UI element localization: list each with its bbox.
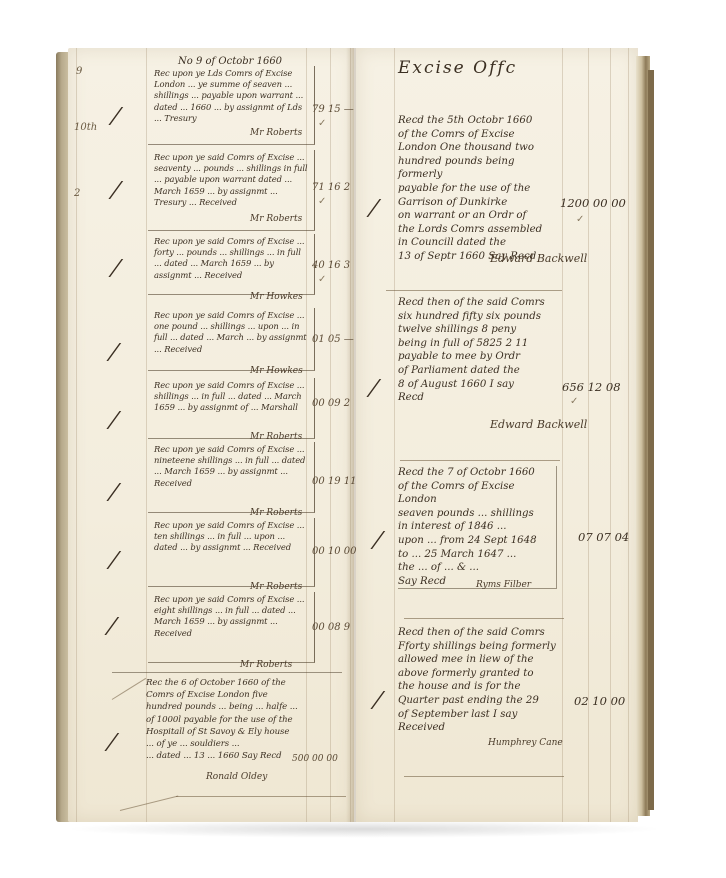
torn-page-edge — [648, 70, 654, 810]
margin-number: 2 — [74, 188, 80, 199]
entry-signature: Ryms Filber — [476, 580, 531, 590]
check-mark-icon: ✓ — [318, 274, 326, 285]
entry-line: Garrison of Dunkirke — [398, 196, 558, 210]
entry-signature: Ronald Oldey — [206, 772, 267, 782]
entry-line: hundred pounds ... being ... halfe ... — [146, 701, 342, 713]
entry-amount: 01 05 — — [312, 334, 354, 345]
margin-number: 9 — [76, 66, 82, 77]
entry-signature: Mr Roberts — [250, 128, 302, 138]
book-shadow — [64, 820, 664, 838]
entry-line: Hospitall of St Savoy & Ely house — [146, 726, 342, 738]
entry-line: London One thousand two — [398, 141, 558, 155]
entry-rule — [176, 796, 346, 797]
entry-signature: Mr Roberts — [250, 214, 302, 224]
entry-line: being in full of 5825 2 11 — [398, 337, 558, 351]
entry-line: in interest of 1846 ... — [398, 520, 550, 534]
entry-line: twelve shillings 8 peny — [398, 323, 558, 337]
entry-line: the Lords Comrs assembled — [398, 223, 558, 237]
entry-rule — [404, 618, 564, 619]
entry-text: Rec upon ye said Comrs of Excise ... shi… — [154, 380, 304, 412]
entry-signature: Mr Roberts — [250, 582, 302, 592]
entry-text: Rec upon ye Lds Comrs of Excise London .… — [154, 68, 303, 123]
entry-rule — [386, 290, 562, 291]
entry-line: Recd then of the said Comrs — [398, 296, 558, 310]
entry-line: 8 of August 1660 I say — [398, 378, 558, 392]
entry-signature: Mr Roberts — [250, 432, 302, 442]
entry-line: upon ... from 24 Sept 1648 — [398, 534, 550, 548]
ledger-entry: Rec upon ye said Comrs of Excise ... one… — [148, 308, 315, 371]
entry-signature: Edward Backwell — [490, 252, 587, 265]
entry-line: Received — [398, 721, 558, 735]
margin-number: 10th — [74, 122, 97, 133]
entry-text: Rec upon ye said Comrs of Excise ... nin… — [154, 444, 305, 488]
entry-text: Rec upon ye said Comrs of Excise ... ten… — [154, 520, 304, 552]
column-rule — [562, 48, 563, 822]
entry-signature: Mr Howkes — [250, 366, 303, 376]
entry-line: Rec the 6 of October 1660 of the — [146, 677, 342, 689]
entry-line: of 1000l payable for the use of the — [146, 714, 342, 726]
entry-line: above formerly granted to — [398, 667, 558, 681]
entry-amount: 00 10 00 — [312, 546, 357, 557]
entry-line: six hundred fifty six pounds — [398, 310, 558, 324]
entry-line: the house and is for the — [398, 680, 558, 694]
entry-signature: Mr Roberts — [250, 508, 302, 518]
entry-amount: 1200 00 00 — [560, 196, 626, 210]
entry-amount: 00 08 9 — [312, 622, 350, 633]
entry-signature: Mr Howkes — [250, 292, 303, 302]
entry-text: Rec upon ye said Comrs of Excise ... one… — [154, 310, 307, 354]
entry-amount: 71 16 2 — [312, 182, 350, 193]
ledger-entry: Rec upon ye said Comrs of Excise ... for… — [148, 234, 315, 295]
entry-amount: 00 19 11 — [312, 476, 357, 487]
ledger-entry: Recd the 5th Octobr 1660 of the Comrs of… — [398, 114, 558, 264]
entry-amount: 40 16 3 — [312, 260, 350, 271]
entry-line: ... of ye ... souldiers ... — [146, 738, 342, 750]
entry-line: Fforty shillings being formerly — [398, 640, 558, 654]
ledger-entry: Rec upon ye said Comrs of Excise ... eig… — [148, 592, 315, 663]
entry-line: of the Comrs of Excise London — [398, 480, 550, 507]
ledger-entry: Rec upon ye said Comrs of Excise ... ten… — [148, 518, 315, 587]
entry-line: Recd the 7 of Octobr 1660 — [398, 466, 550, 480]
entry-line: on warrant or an Ordr of — [398, 209, 558, 223]
check-mark-icon: ✓ — [318, 118, 326, 129]
entry-signature: Edward Backwell — [490, 418, 587, 431]
entry-line: to ... 25 March 1647 ... — [398, 548, 550, 562]
entry-line: payable for the use of the — [398, 182, 558, 196]
ledger-entry: Recd the 7 of Octobr 1660 of the Comrs o… — [398, 466, 557, 589]
column-rule — [628, 48, 629, 822]
entry-amount: 07 07 04 — [578, 530, 629, 544]
entry-line: Recd the 5th Octobr 1660 — [398, 114, 558, 128]
check-mark-icon: ✓ — [318, 196, 326, 207]
ledger-entry: Rec upon ye said Comrs of Excise ... shi… — [148, 378, 315, 439]
entry-signature: Mr Roberts — [240, 660, 292, 670]
margin-rule — [394, 48, 395, 822]
ledger-entry: Rec upon ye said Comrs of Excise ... nin… — [148, 442, 315, 513]
entry-line: Recd then of the said Comrs — [398, 626, 558, 640]
ledger-entry: Recd then of the said Comrs Fforty shill… — [398, 626, 558, 735]
margin-rule — [76, 48, 77, 822]
entry-line: seaven pounds ... shillings — [398, 507, 550, 521]
entry-amount: 00 09 2 — [312, 398, 350, 409]
entry-signature: Humphrey Cane — [488, 738, 563, 748]
entry-amount: 02 10 00 — [574, 694, 625, 708]
entry-amount: 656 12 08 — [562, 380, 621, 394]
entry-line: allowed mee in liew of the — [398, 653, 558, 667]
entry-line: the ... of ... & ... — [398, 561, 550, 575]
entry-line: of September last I say — [398, 708, 558, 722]
entry-line: payable to mee by Ordr — [398, 350, 558, 364]
entry-line: Quarter past ending the 29 — [398, 694, 558, 708]
entry-line: hundred pounds being formerly — [398, 155, 558, 182]
entry-amount: 500 00 00 — [292, 754, 338, 764]
check-mark-icon: ✓ — [570, 396, 578, 407]
entry-line: Recd — [398, 391, 558, 405]
right-page-heading: Excise Offc — [398, 58, 517, 78]
entry-text: Rec upon ye said Comrs of Excise ... eig… — [154, 594, 304, 638]
entry-amount: 79 15 — — [312, 104, 354, 115]
entry-line: of Parliament dated the — [398, 364, 558, 378]
entry-line: in Councill dated the — [398, 236, 558, 250]
entry-text: Rec upon ye said Comrs of Excise ... for… — [154, 236, 304, 280]
entry-line: of the Comrs of Excise — [398, 128, 558, 142]
entry-rule — [400, 460, 560, 461]
entry-text: Rec upon ye said Comrs of Excise ... sea… — [154, 152, 308, 207]
entry-line: Comrs of Excise London five — [146, 689, 342, 701]
entry-rule — [404, 776, 564, 777]
ledger-entry: Recd then of the said Comrs six hundred … — [398, 296, 558, 405]
check-mark-icon: ✓ — [576, 214, 584, 225]
